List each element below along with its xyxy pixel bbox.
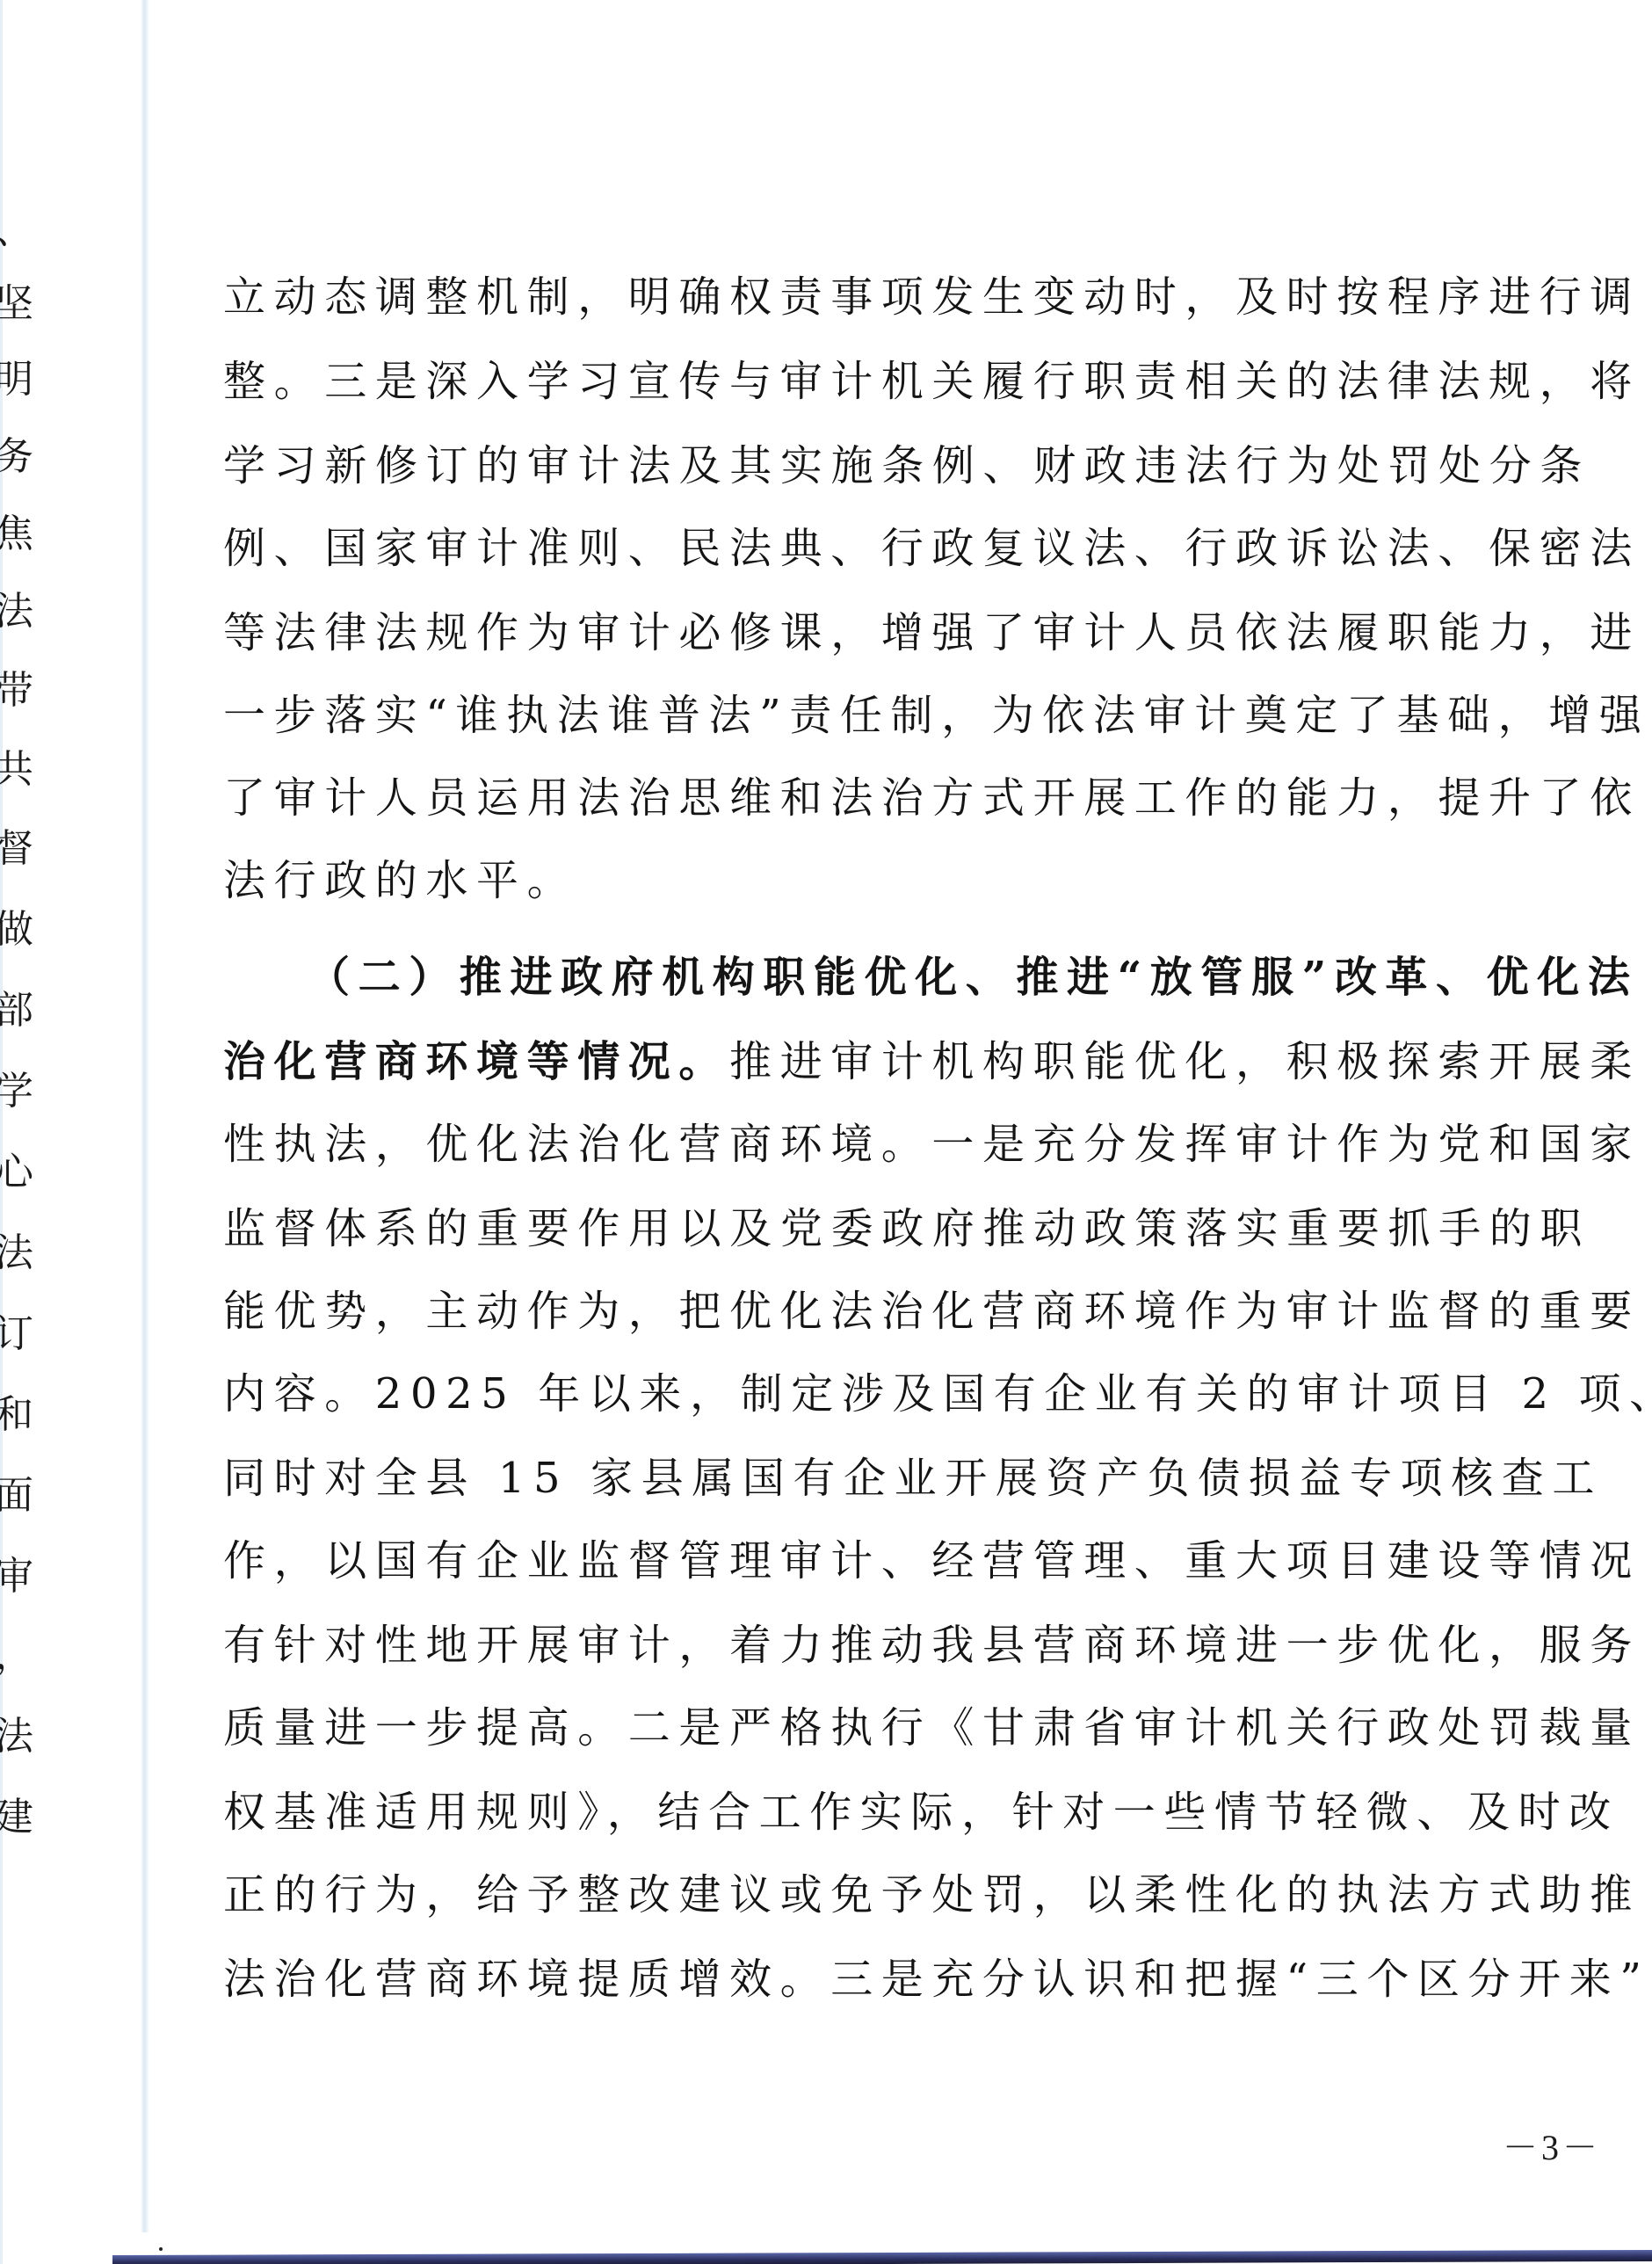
page-edge xyxy=(0,0,3,2264)
text-line: 了审计人员运用法治思维和法治方式开展工作的能力，提升了依 xyxy=(223,772,1590,824)
page-fold-shadow xyxy=(141,0,149,2232)
section-heading: （二）推进政府机构职能优化、推进“放管服”改革、优化法 xyxy=(223,951,1590,1004)
text-line: 性执法，优化法治化营商环境。一是充分发挥审计作为党和国家 xyxy=(223,1118,1590,1171)
margin-char: 审 xyxy=(0,1557,47,1596)
page-number: －3－ xyxy=(1503,2129,1601,2167)
margin-char: 心 xyxy=(0,1153,47,1192)
margin-char: 、 xyxy=(0,211,47,250)
text-line: 立动态调整机制，明确权责事项发生变动时，及时按程序进行调 xyxy=(223,271,1590,323)
text-line: 有针对性地开展审计，着力推动我县营商环境进一步优化，服务 xyxy=(223,1619,1590,1672)
margin-char: 做 xyxy=(0,911,47,949)
margin-char: 学 xyxy=(0,1072,47,1111)
margin-char: 和 xyxy=(0,1396,47,1434)
margin-char: 法 xyxy=(0,1717,47,1756)
previous-page-margin: 、 坚 明 务 焦 法 带 共 督 做 部 学 心 法 订 和 面 审 ， 法 … xyxy=(0,0,145,2264)
text-line: 法行政的水平。 xyxy=(223,854,1590,907)
text-line: 同时对全县 15 家县属国有企业开展资产负债损益专项核查工 xyxy=(223,1452,1590,1505)
section-heading-end: 治化营商环境等情况。 xyxy=(223,1037,729,1086)
text-line: 一步落实“谁执法谁普法”责任制，为依法审计奠定了基础，增强 xyxy=(223,689,1590,742)
margin-char: 建 xyxy=(0,1798,47,1837)
text-line: 等法律法规作为审计必修课，增强了审计人员依法履职能力，进 xyxy=(223,606,1590,659)
text-line: 正的行为，给予整改建议或免予处罚，以柔性化的执法方式助推 xyxy=(223,1869,1590,1921)
margin-char: 务 xyxy=(0,438,47,476)
margin-char: 法 xyxy=(0,592,47,631)
text-run: 推进审计机构职能优化，积极探索开展柔 xyxy=(729,1037,1641,1086)
margin-char: 部 xyxy=(0,991,47,1030)
margin-char: 督 xyxy=(0,830,47,868)
margin-char: 坚 xyxy=(0,285,47,323)
text-line: 整。三是深入学习宣传与审计机关履行职责相关的法律法规，将 xyxy=(223,355,1590,408)
text-line: 治化营商环境等情况。推进审计机构职能优化，积极探索开展柔 xyxy=(223,1035,1590,1088)
text-line: 质量进一步提高。二是严格执行《甘肃省审计机关行政处罚裁量 xyxy=(223,1702,1590,1754)
margin-char: 焦 xyxy=(0,515,47,554)
text-line: 权基准适用规则》，结合工作实际，针对一些情节轻微、及时改 xyxy=(223,1786,1590,1839)
margin-char: 明 xyxy=(0,360,47,399)
scan-speck xyxy=(159,2247,163,2251)
margin-char: 法 xyxy=(0,1234,47,1273)
text-line: 作，以国有企业监督管理审计、经营管理、重大项目建设等情况 xyxy=(223,1535,1590,1587)
text-line: 学习新修订的审计法及其实施条例、财政违法行为处罚处分条 xyxy=(223,439,1590,492)
margin-char: 订 xyxy=(0,1315,47,1353)
text-line: 法治化营商环境提质增效。三是充分认识和把握“三个区分开来” xyxy=(223,1953,1590,2006)
text-line: 例、国家审计准则、民法典、行政复议法、行政诉讼法、保密法 xyxy=(223,522,1590,575)
text-line: 监督体系的重要作用以及党委政府推动政策落实重要抓手的职 xyxy=(223,1202,1590,1255)
text-line: 内容。2025 年以来，制定涉及国有企业有关的审计项目 2 项、 xyxy=(223,1368,1590,1420)
margin-char: ， xyxy=(0,1636,47,1675)
document-page: 立动态调整机制，明确权责事项发生变动时，及时按程序进行调 整。三是深入学习宣传与… xyxy=(149,0,1652,2264)
text-line: 能优势，主动作为，把优化法治化营商环境作为审计监督的重要 xyxy=(223,1285,1590,1338)
margin-char: 共 xyxy=(0,751,47,789)
margin-char: 面 xyxy=(0,1477,47,1515)
margin-char: 带 xyxy=(0,671,47,710)
